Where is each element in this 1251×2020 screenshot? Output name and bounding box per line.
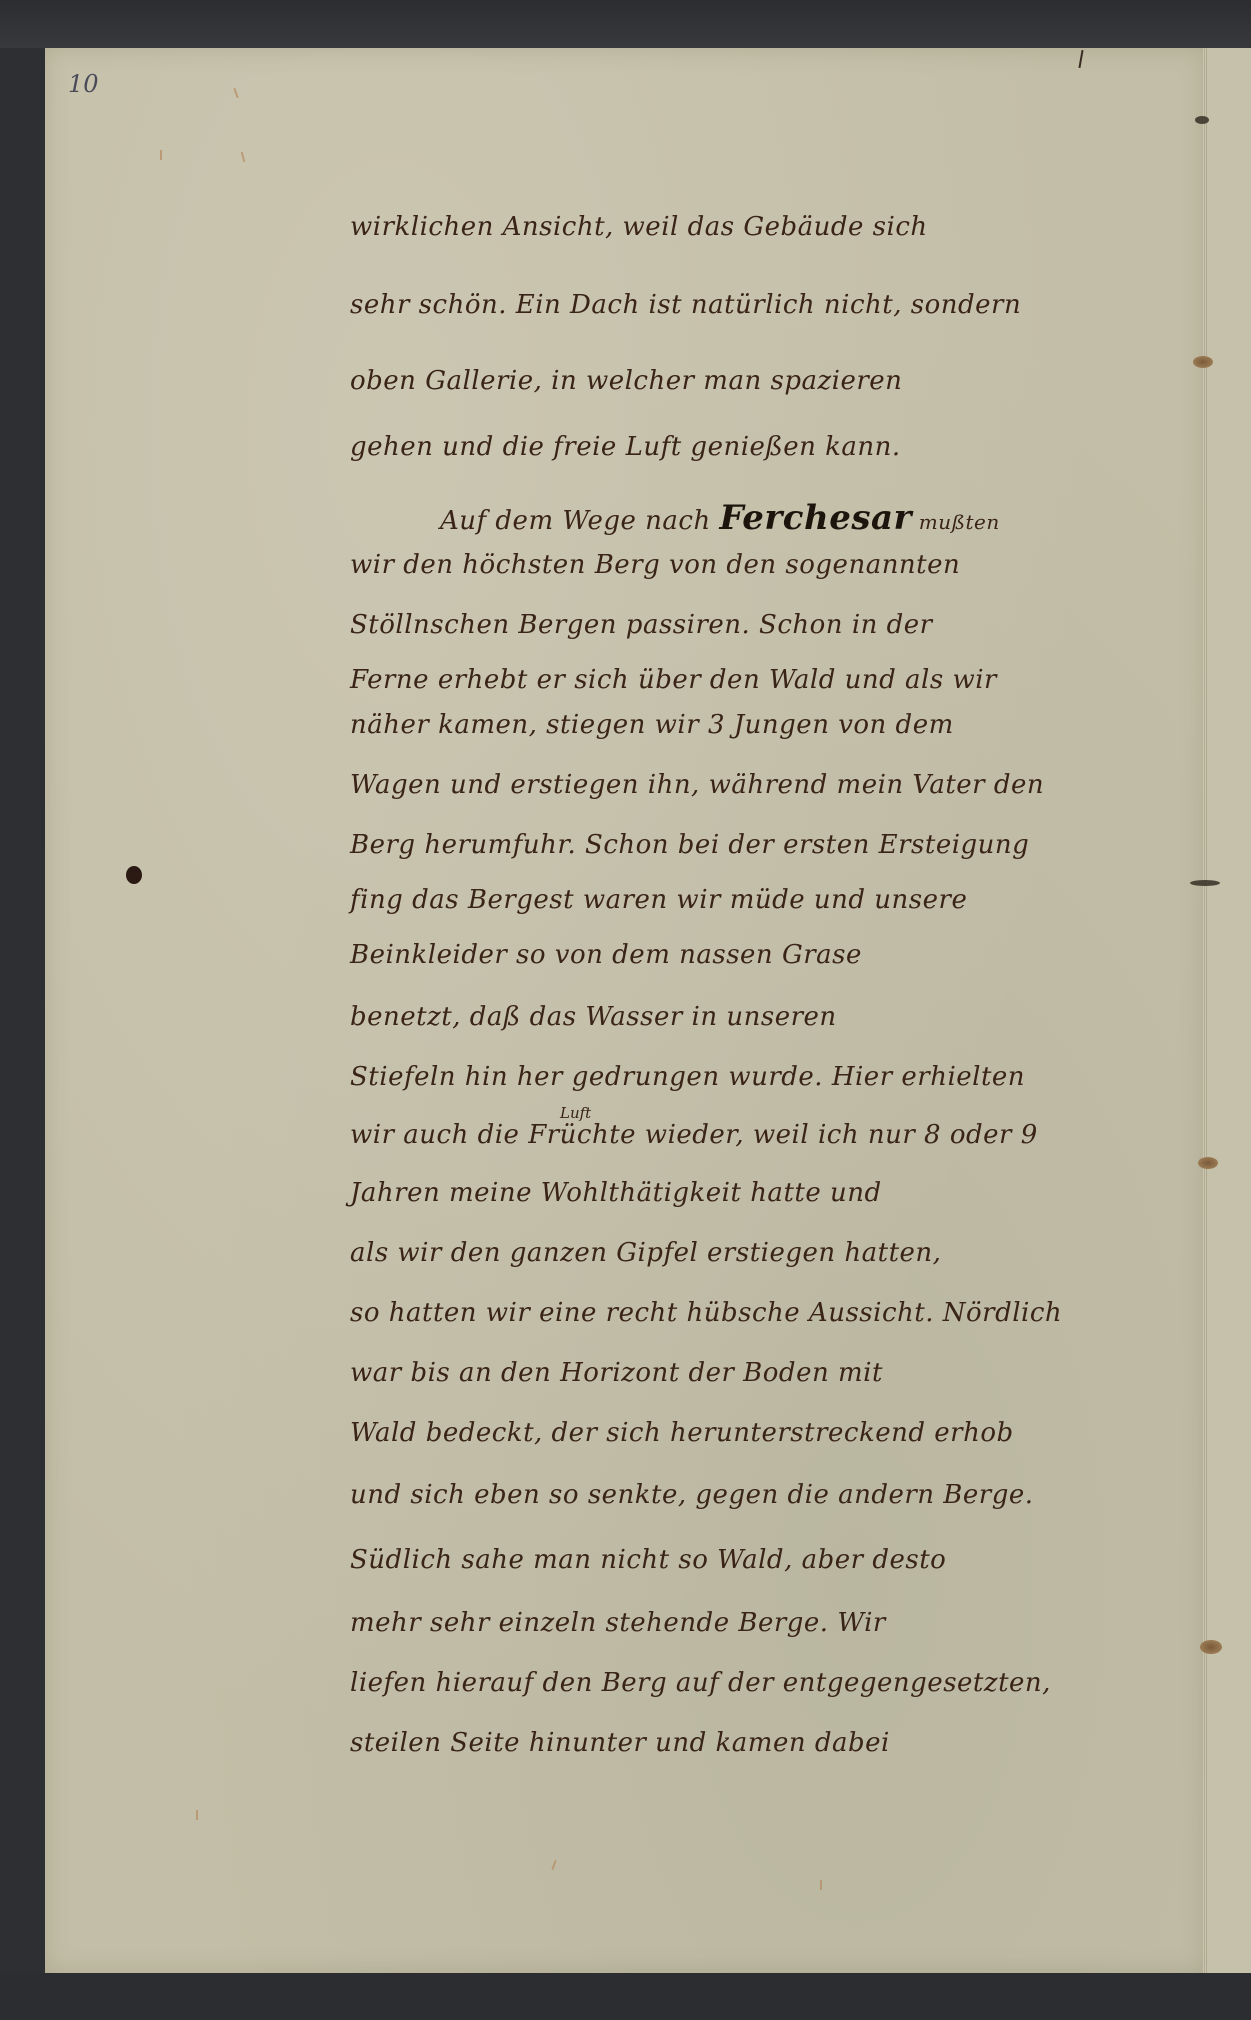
line-text: wir den höchsten Berg von den sogenannte…	[350, 550, 960, 580]
manuscript-line: Südlich sahe man nicht so Wald, aber des…	[350, 1545, 946, 1575]
line-text: als wir den ganzen Gipfel erstiegen hatt…	[350, 1238, 941, 1268]
ink-blot	[126, 866, 142, 884]
folio-number: 10	[68, 70, 99, 98]
line-text: wirklichen Ansicht, weil das Gebäude sic…	[350, 212, 928, 242]
manuscript-line: benetzt, daß das Wasser in unseren	[350, 1002, 837, 1032]
manuscript-line: Stiefeln hin her gedrungen wurde. Hier e…	[350, 1062, 1025, 1092]
manuscript-line: als wir den ganzen Gipfel erstiegen hatt…	[350, 1238, 941, 1268]
manuscript-line: Stöllnschen Bergen passiren. Schon in de…	[350, 610, 933, 640]
line-text: benetzt, daß das Wasser in unseren	[350, 1002, 837, 1032]
line-text: näher kamen, stiegen wir 3 Jungen von de…	[350, 710, 954, 740]
manuscript-line: wirklichen Ansicht, weil das Gebäude sic…	[350, 212, 928, 242]
manuscript-line: wir auch die Früchte wieder, weil ich nu…	[350, 1120, 1038, 1150]
line-text: Auf dem Wege nach	[440, 506, 711, 536]
manuscript-line: liefen hierauf den Berg auf der entgegen…	[350, 1668, 1051, 1698]
line-text: Wald bedeckt, der sich herunterstreckend…	[350, 1418, 1014, 1448]
line-text: Ferne erhebt er sich über den Wald und a…	[350, 665, 997, 695]
line-text-after: mußten	[912, 510, 1000, 534]
paper-fleck	[820, 1880, 822, 1890]
binding-hole-icon	[1190, 880, 1220, 886]
line-text: Jahren meine Wohlthätigkeit hatte und	[350, 1178, 882, 1208]
line-text: Berg herumfuhr. Schon bei der ersten Ers…	[350, 830, 1029, 860]
interlinear-correction: Luft	[560, 1104, 591, 1122]
line-text: fing das Bergest waren wir müde und unse…	[350, 885, 967, 915]
manuscript-line: Beinkleider so von dem nassen Grase	[350, 940, 862, 970]
line-text: sehr schön. Ein Dach ist natürlich nicht…	[350, 290, 1021, 320]
manuscript-line: steilen Seite hinunter und kamen dabei	[350, 1728, 890, 1758]
line-text: Wagen und erstiegen ihn, während mein Va…	[350, 770, 1044, 800]
line-text: war bis an den Horizont der Boden mit	[350, 1358, 883, 1388]
binding-hole-icon	[1200, 1640, 1222, 1654]
manuscript-line: fing das Bergest waren wir müde und unse…	[350, 885, 967, 915]
line-text: Südlich sahe man nicht so Wald, aber des…	[350, 1545, 946, 1575]
paper-fleck	[160, 150, 162, 160]
binding-hole-icon	[1198, 1157, 1218, 1169]
manuscript-line: näher kamen, stiegen wir 3 Jungen von de…	[350, 710, 954, 740]
manuscript-line: wir den höchsten Berg von den sogenannte…	[350, 550, 960, 580]
manuscript-line: sehr schön. Ein Dach ist natürlich nicht…	[350, 290, 1021, 320]
scan-background-bottom	[0, 1973, 1251, 2020]
manuscript-line: und sich eben so senkte, gegen die ander…	[350, 1480, 1034, 1510]
place-name-emphasis: Ferchesar	[719, 498, 911, 538]
manuscript-line: Berg herumfuhr. Schon bei der ersten Ers…	[350, 830, 1029, 860]
manuscript-line: war bis an den Horizont der Boden mit	[350, 1358, 883, 1388]
line-text: steilen Seite hinunter und kamen dabei	[350, 1728, 890, 1758]
manuscript-line: Jahren meine Wohlthätigkeit hatte und	[350, 1178, 882, 1208]
line-text: gehen und die freie Luft genießen kann.	[350, 432, 901, 462]
scan-background-left	[0, 48, 45, 1973]
binding-hole-icon	[1193, 356, 1213, 368]
binding-hole-icon	[1195, 116, 1209, 124]
binding-fold	[1203, 48, 1206, 1973]
manuscript-line: gehen und die freie Luft genießen kann.	[350, 432, 901, 462]
manuscript-line: Wald bedeckt, der sich herunterstreckend…	[350, 1418, 1014, 1448]
manuscript-line: mehr sehr einzeln stehende Berge. Wir	[350, 1608, 886, 1638]
manuscript-line: Wagen und erstiegen ihn, während mein Va…	[350, 770, 1044, 800]
facing-page-edge	[1205, 48, 1251, 1973]
line-text: so hatten wir eine recht hübsche Aussich…	[350, 1298, 1062, 1328]
line-text: mehr sehr einzeln stehende Berge. Wir	[350, 1608, 886, 1638]
manuscript-line: Auf dem Wege nach Ferchesar mußten	[440, 498, 1000, 538]
paper-fleck	[196, 1810, 198, 1820]
line-text: oben Gallerie, in welcher man spazieren	[350, 366, 902, 396]
manuscript-line: Ferne erhebt er sich über den Wald und a…	[350, 665, 997, 695]
scan-background-top	[0, 0, 1251, 48]
manuscript-line: so hatten wir eine recht hübsche Aussich…	[350, 1298, 1062, 1328]
line-text: Beinkleider so von dem nassen Grase	[350, 940, 862, 970]
line-text: liefen hierauf den Berg auf der entgegen…	[350, 1668, 1051, 1698]
line-text: und sich eben so senkte, gegen die ander…	[350, 1480, 1034, 1510]
line-text: Stiefeln hin her gedrungen wurde. Hier e…	[350, 1062, 1025, 1092]
manuscript-line: oben Gallerie, in welcher man spazieren	[350, 366, 902, 396]
line-text: Stöllnschen Bergen passiren. Schon in de…	[350, 610, 933, 640]
line-text: wir auch die Früchte wieder, weil ich nu…	[350, 1120, 1038, 1150]
